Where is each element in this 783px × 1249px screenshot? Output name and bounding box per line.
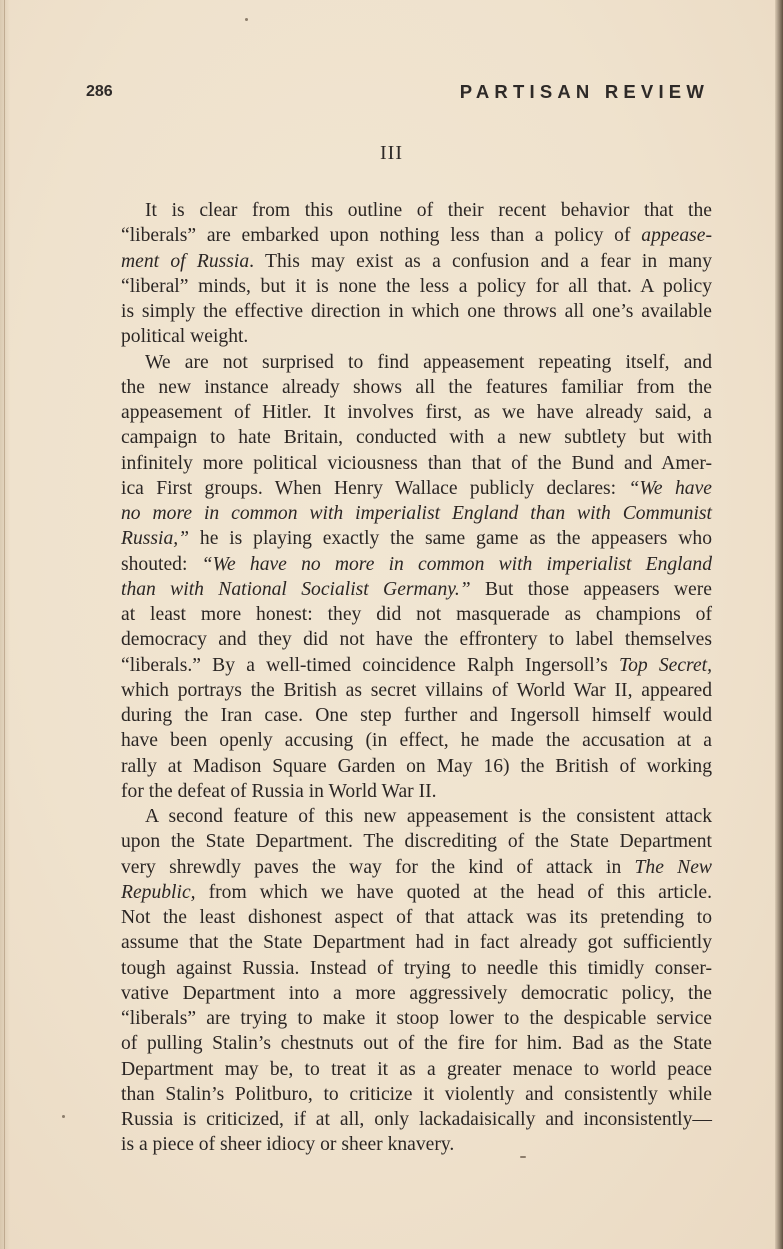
article-body: It is clear from this outline of their r… xyxy=(121,198,712,1158)
text-line: A second feature of this new appeasement… xyxy=(121,804,712,829)
page-gutter-edge xyxy=(4,0,5,1249)
italic-text: Russia,” xyxy=(121,528,189,549)
italic-text: than with National Socialist Germany.” xyxy=(121,579,471,600)
paper-speck xyxy=(520,1156,526,1158)
text-line: “liberal” minds, but it is none the less… xyxy=(121,274,712,299)
page-fore-edge-shadow xyxy=(775,0,783,1249)
text-line: Republic, from which we have quoted at t… xyxy=(121,880,712,905)
paper-speck xyxy=(62,1115,65,1118)
text-line: have been openly accusing (in effect, he… xyxy=(121,728,712,753)
text-line: rally at Madison Square Garden on May 16… xyxy=(121,754,712,779)
page-number: 286 xyxy=(86,83,113,101)
text-line: It is clear from this outline of their r… xyxy=(121,198,712,223)
text-line: of pulling Stalin’s chestnuts out of the… xyxy=(121,1031,712,1056)
text-line: at least more honest: they did not masqu… xyxy=(121,602,712,627)
italic-text: ment of Russia xyxy=(121,251,249,272)
text-line: Department may be, to treat it as a grea… xyxy=(121,1057,712,1082)
text-line: vative Department into a more aggressive… xyxy=(121,981,712,1006)
text-line: infinitely more political viciousness th… xyxy=(121,451,712,476)
text-line: “liberals” are embarked upon nothing les… xyxy=(121,223,712,248)
text-line: than Stalin’s Politburo, to criticize it… xyxy=(121,1082,712,1107)
text-line: assume that the State Department had in … xyxy=(121,930,712,955)
text-line: the new instance already shows all the f… xyxy=(121,375,712,400)
text-line: no more in common with imperialist Engla… xyxy=(121,501,712,526)
italic-text: no more in common with imperialist Engla… xyxy=(121,503,712,524)
text-line: is a piece of sheer idiocy or sheer knav… xyxy=(121,1132,712,1157)
text-line: “liberals.” By a well-timed coincidence … xyxy=(121,653,712,678)
text-line: “liberals” are trying to make it stoop l… xyxy=(121,1006,712,1031)
italic-text: “We have no more in common with imperial… xyxy=(202,554,712,575)
book-page: 286 PARTISAN REVIEW III It is clear from… xyxy=(0,0,783,1249)
paragraph: It is clear from this outline of their r… xyxy=(121,198,712,350)
text-line: than with National Socialist Germany.” B… xyxy=(121,577,712,602)
text-line: shouted: “We have no more in common with… xyxy=(121,552,712,577)
text-line: appeasement of Hitler. It involves first… xyxy=(121,400,712,425)
text-line: ica First groups. When Henry Wallace pub… xyxy=(121,476,712,501)
running-head-journal-title: PARTISAN REVIEW xyxy=(460,81,709,103)
text-line: is simply the effective direction in whi… xyxy=(121,299,712,324)
text-line: Not the least dishonest aspect of that a… xyxy=(121,905,712,930)
text-line: political weight. xyxy=(121,324,712,349)
italic-text: The New xyxy=(635,857,712,878)
paper-speck xyxy=(245,18,248,21)
italic-text: “We have xyxy=(629,478,712,499)
text-line: upon the State Department. The discredit… xyxy=(121,829,712,854)
text-line: which portrays the British as secret vil… xyxy=(121,678,712,703)
paragraph: A second feature of this new appeasement… xyxy=(121,804,712,1158)
text-line: campaign to hate Britain, conducted with… xyxy=(121,425,712,450)
text-line: democracy and they did not have the effr… xyxy=(121,627,712,652)
text-line: Russia is criticized, if at all, only la… xyxy=(121,1107,712,1132)
italic-text: appease- xyxy=(641,225,712,246)
paragraph: We are not surprised to find appeasement… xyxy=(121,350,712,805)
text-line: during the Iran case. One step further a… xyxy=(121,703,712,728)
text-line: We are not surprised to find appeasement… xyxy=(121,350,712,375)
text-line: very shrewdly paves the way for the kind… xyxy=(121,855,712,880)
text-line: tough against Russia. Instead of trying … xyxy=(121,956,712,981)
italic-text: Top Secret, xyxy=(619,655,712,676)
text-line: for the defeat of Russia in World War II… xyxy=(121,779,712,804)
italic-text: Republic, xyxy=(121,882,196,903)
text-line: ment of Russia. This may exist as a conf… xyxy=(121,249,712,274)
text-line: Russia,” he is playing exactly the same … xyxy=(121,526,712,551)
section-heading: III xyxy=(0,142,783,165)
